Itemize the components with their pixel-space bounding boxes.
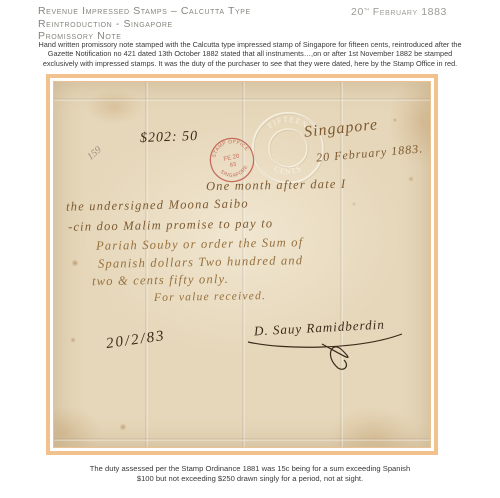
handwritten-date: 20 February 1883.	[316, 141, 424, 165]
body-line-1: One month after date I	[206, 177, 347, 194]
handwritten-amount: $202: 50	[140, 129, 199, 147]
description-paragraph: Hand written promissory note stamped wit…	[0, 40, 500, 68]
description-line1: Hand written promissory note stamped wit…	[0, 40, 500, 49]
svg-text:CENTS: CENTS	[273, 164, 304, 176]
exhibit-page: Revenue Impressed Stamps – Calcutta Type…	[0, 0, 500, 498]
body-line-4: Pariah Souby or order the Sum of	[96, 235, 304, 254]
description-line3: exclusively with impressed stamps. It wa…	[0, 59, 500, 68]
emboss-word-bottom: CENTS	[273, 164, 304, 176]
body-line-5: Spanish dollars Two hundred and	[98, 253, 304, 272]
embossed-fifteen-cents-stamp: FIFTEEN CENTS	[250, 110, 326, 186]
header-date-monthyear: February 1883	[369, 6, 447, 18]
pencil-annotation: 159	[85, 144, 104, 162]
caption-line2: $100 but not exceeding $250 drawn singly…	[0, 474, 500, 484]
header-date-day: 20	[351, 6, 364, 18]
header-date: 20th February 1883	[351, 6, 447, 18]
body-line-6: two & cents fifty only.	[92, 272, 229, 289]
bottom-caption: The duty assessed per the Stamp Ordinanc…	[0, 464, 500, 484]
body-line-7: For value received.	[154, 290, 266, 304]
fold-crease-horizontal-1	[54, 98, 430, 101]
caption-line1: The duty assessed per the Stamp Ordinanc…	[0, 464, 500, 474]
fold-crease-horizontal-2	[54, 438, 430, 441]
description-line2: Gazette Notification no 421 dated 13th O…	[0, 49, 500, 58]
header-title-line2: Reintroduction - Singapore	[38, 18, 251, 31]
datestamp-year: 83	[229, 162, 236, 169]
body-line-2: the undersigned Moona Saibo	[66, 196, 249, 214]
page-header: Revenue Impressed Stamps – Calcutta Type…	[38, 5, 251, 43]
promissory-note-document: 159 FIFTEEN CENTS	[53, 81, 431, 448]
document-frame: 159 FIFTEEN CENTS	[46, 74, 438, 455]
header-title-line1: Revenue Impressed Stamps – Calcutta Type	[38, 5, 251, 18]
datestamp-date: FE 20	[223, 154, 241, 163]
signature-flourish	[244, 330, 414, 374]
handwritten-date-bottom: 20/2/83	[105, 328, 167, 353]
